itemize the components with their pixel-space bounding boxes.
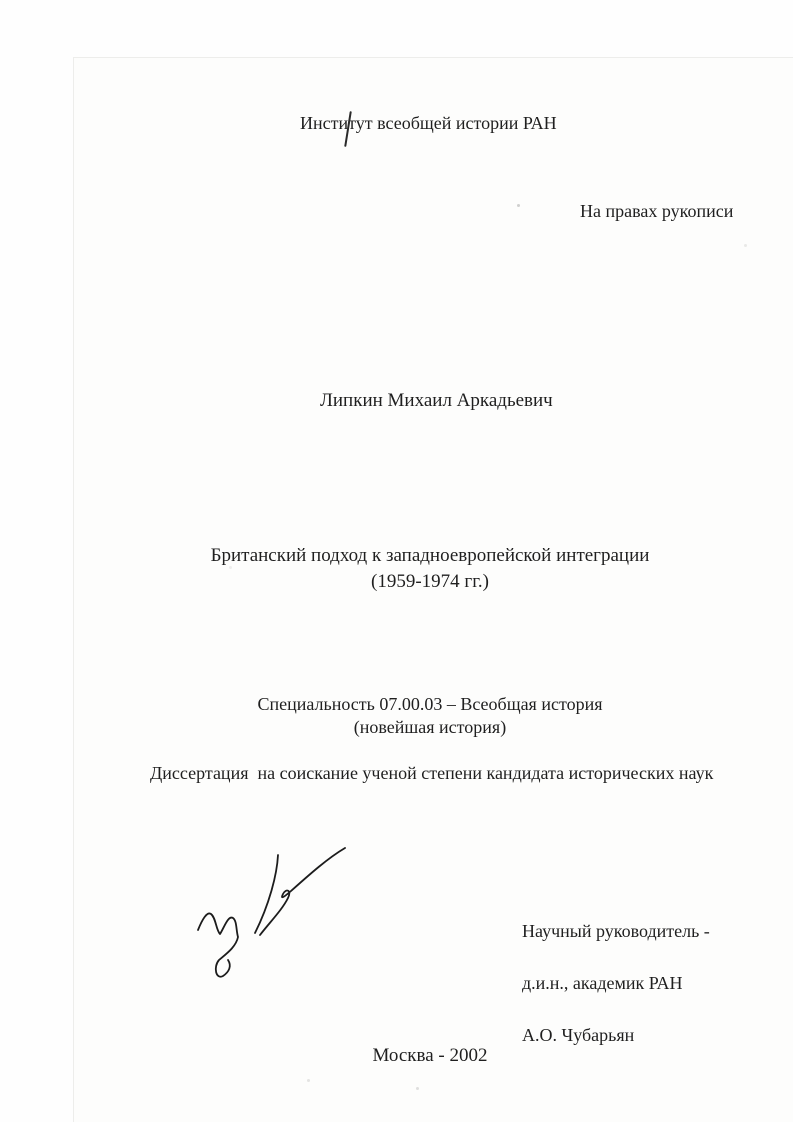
supervisor-line2: д.и.н., академик РАН bbox=[522, 970, 710, 996]
signature-tall-stroke bbox=[255, 855, 278, 933]
specialty-line2: (новейшая история) bbox=[156, 716, 704, 739]
scan-speck bbox=[307, 1079, 310, 1082]
scan-speck bbox=[416, 1087, 419, 1090]
signature-zigzag-stroke bbox=[198, 913, 238, 976]
specialty-block: Специальность 07.00.03 – Всеобщая истори… bbox=[156, 693, 704, 739]
scan-speck bbox=[517, 204, 520, 207]
dissertation-title: Британский подход к западноевропейской и… bbox=[156, 543, 704, 595]
author-name: Липкин Михаил Аркадьевич bbox=[320, 390, 553, 412]
dissertation-title-line2: (1959-1974 гг.) bbox=[156, 569, 704, 595]
institute-name: Институт всеобщей истории РАН bbox=[300, 112, 557, 134]
signature-sweep-stroke bbox=[260, 848, 345, 935]
handwritten-signature bbox=[170, 830, 360, 990]
scan-speck bbox=[744, 244, 747, 247]
city-year: Москва - 2002 bbox=[156, 1045, 704, 1067]
manuscript-rights-note: На правах рукописи bbox=[580, 200, 733, 222]
specialty-line1: Специальность 07.00.03 – Всеобщая истори… bbox=[156, 693, 704, 716]
supervisor-line1: Научный руководитель - bbox=[522, 918, 710, 944]
dissertation-title-line1: Британский подход к западноевропейской и… bbox=[156, 543, 704, 569]
scan-speck bbox=[229, 566, 232, 569]
dissertation-statement: Диссертация на соискание ученой степени … bbox=[150, 762, 713, 784]
dissertation-title-page: Институт всеобщей истории РАН На правах … bbox=[0, 0, 793, 1122]
